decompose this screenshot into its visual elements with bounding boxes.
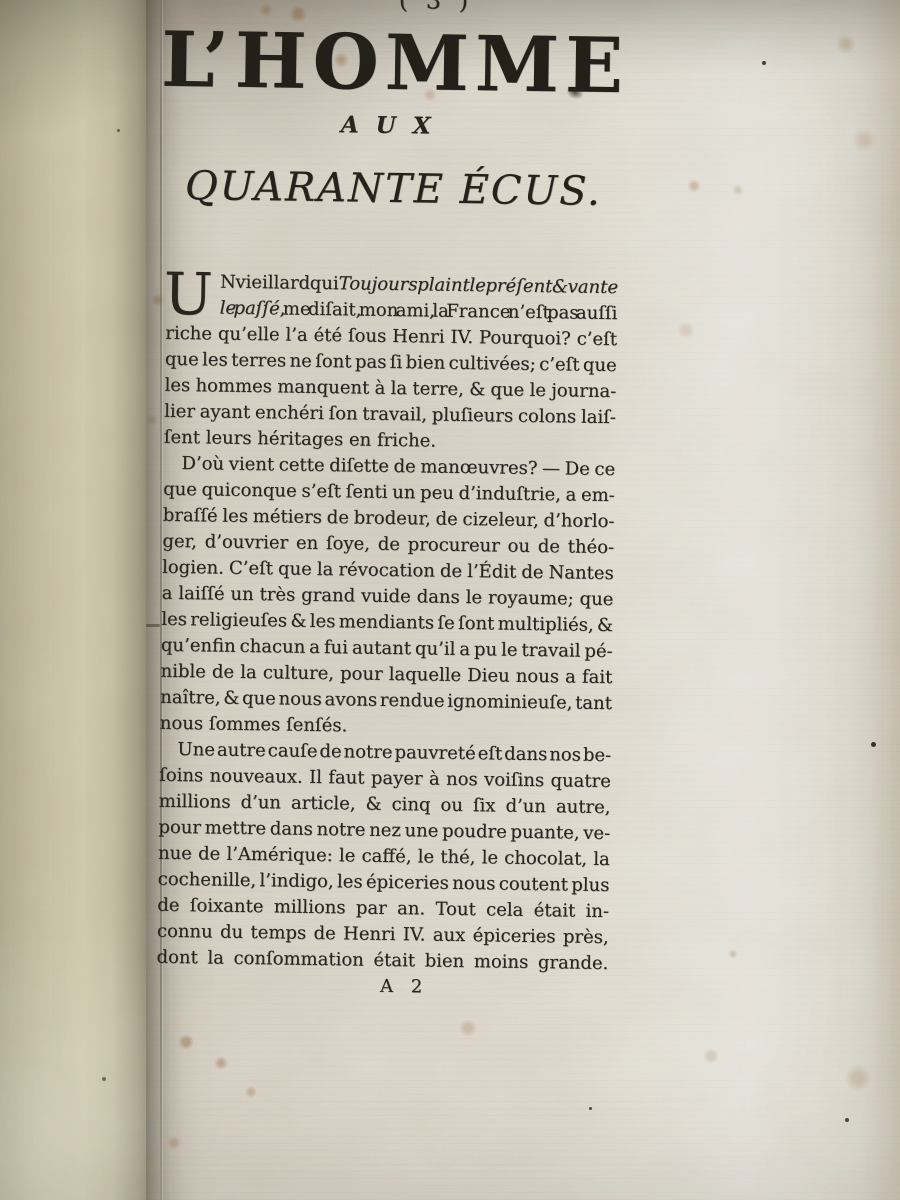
paper-speck [871, 742, 876, 747]
title-aux: AUX [168, 109, 620, 142]
drop-cap: U [164, 270, 214, 319]
body-text: U N vieillard qui Toujours plaint le pré… [156, 269, 618, 1000]
text-run-italic: Toujours plaint le préſent & vante [339, 273, 619, 298]
page-number: ( 3 ) [170, 0, 622, 17]
text-run: N vieillard qui [220, 272, 339, 295]
paper-speck [102, 1077, 106, 1081]
text-run-italic: le paſſé [220, 298, 280, 320]
facing-page-edge [0, 0, 152, 1200]
signature-mark: A 2 [156, 973, 608, 1000]
book-photo: ( 3 ) L’HOMME AUX QUARANTE ÉCUS. U N vie… [0, 0, 900, 1200]
page-text-block: ( 3 ) L’HOMME AUX QUARANTE ÉCUS. U N vie… [153, 0, 622, 1200]
title-main: L’HOMME [161, 15, 630, 111]
text-run: , me diſait, mon ami, la France n’eſt pa… [280, 298, 618, 324]
paper-speck [762, 61, 766, 65]
paper-speck [845, 1118, 849, 1122]
title-quarante-ecus: QUARANTE ÉCUS. [167, 163, 620, 215]
paragraph-1: N vieillard qui Toujours plaint le préſe… [164, 269, 618, 457]
paper-speck [117, 129, 120, 132]
paragraph-2: D’où vient cette diſette de manœuvres? —… [160, 451, 616, 743]
crease-dash-mark [146, 624, 160, 627]
paragraph-3: Une autre cauſe de notre pauvreté eſt da… [156, 737, 611, 977]
text-line: dont la conſommation était bien moins gr… [156, 945, 608, 977]
